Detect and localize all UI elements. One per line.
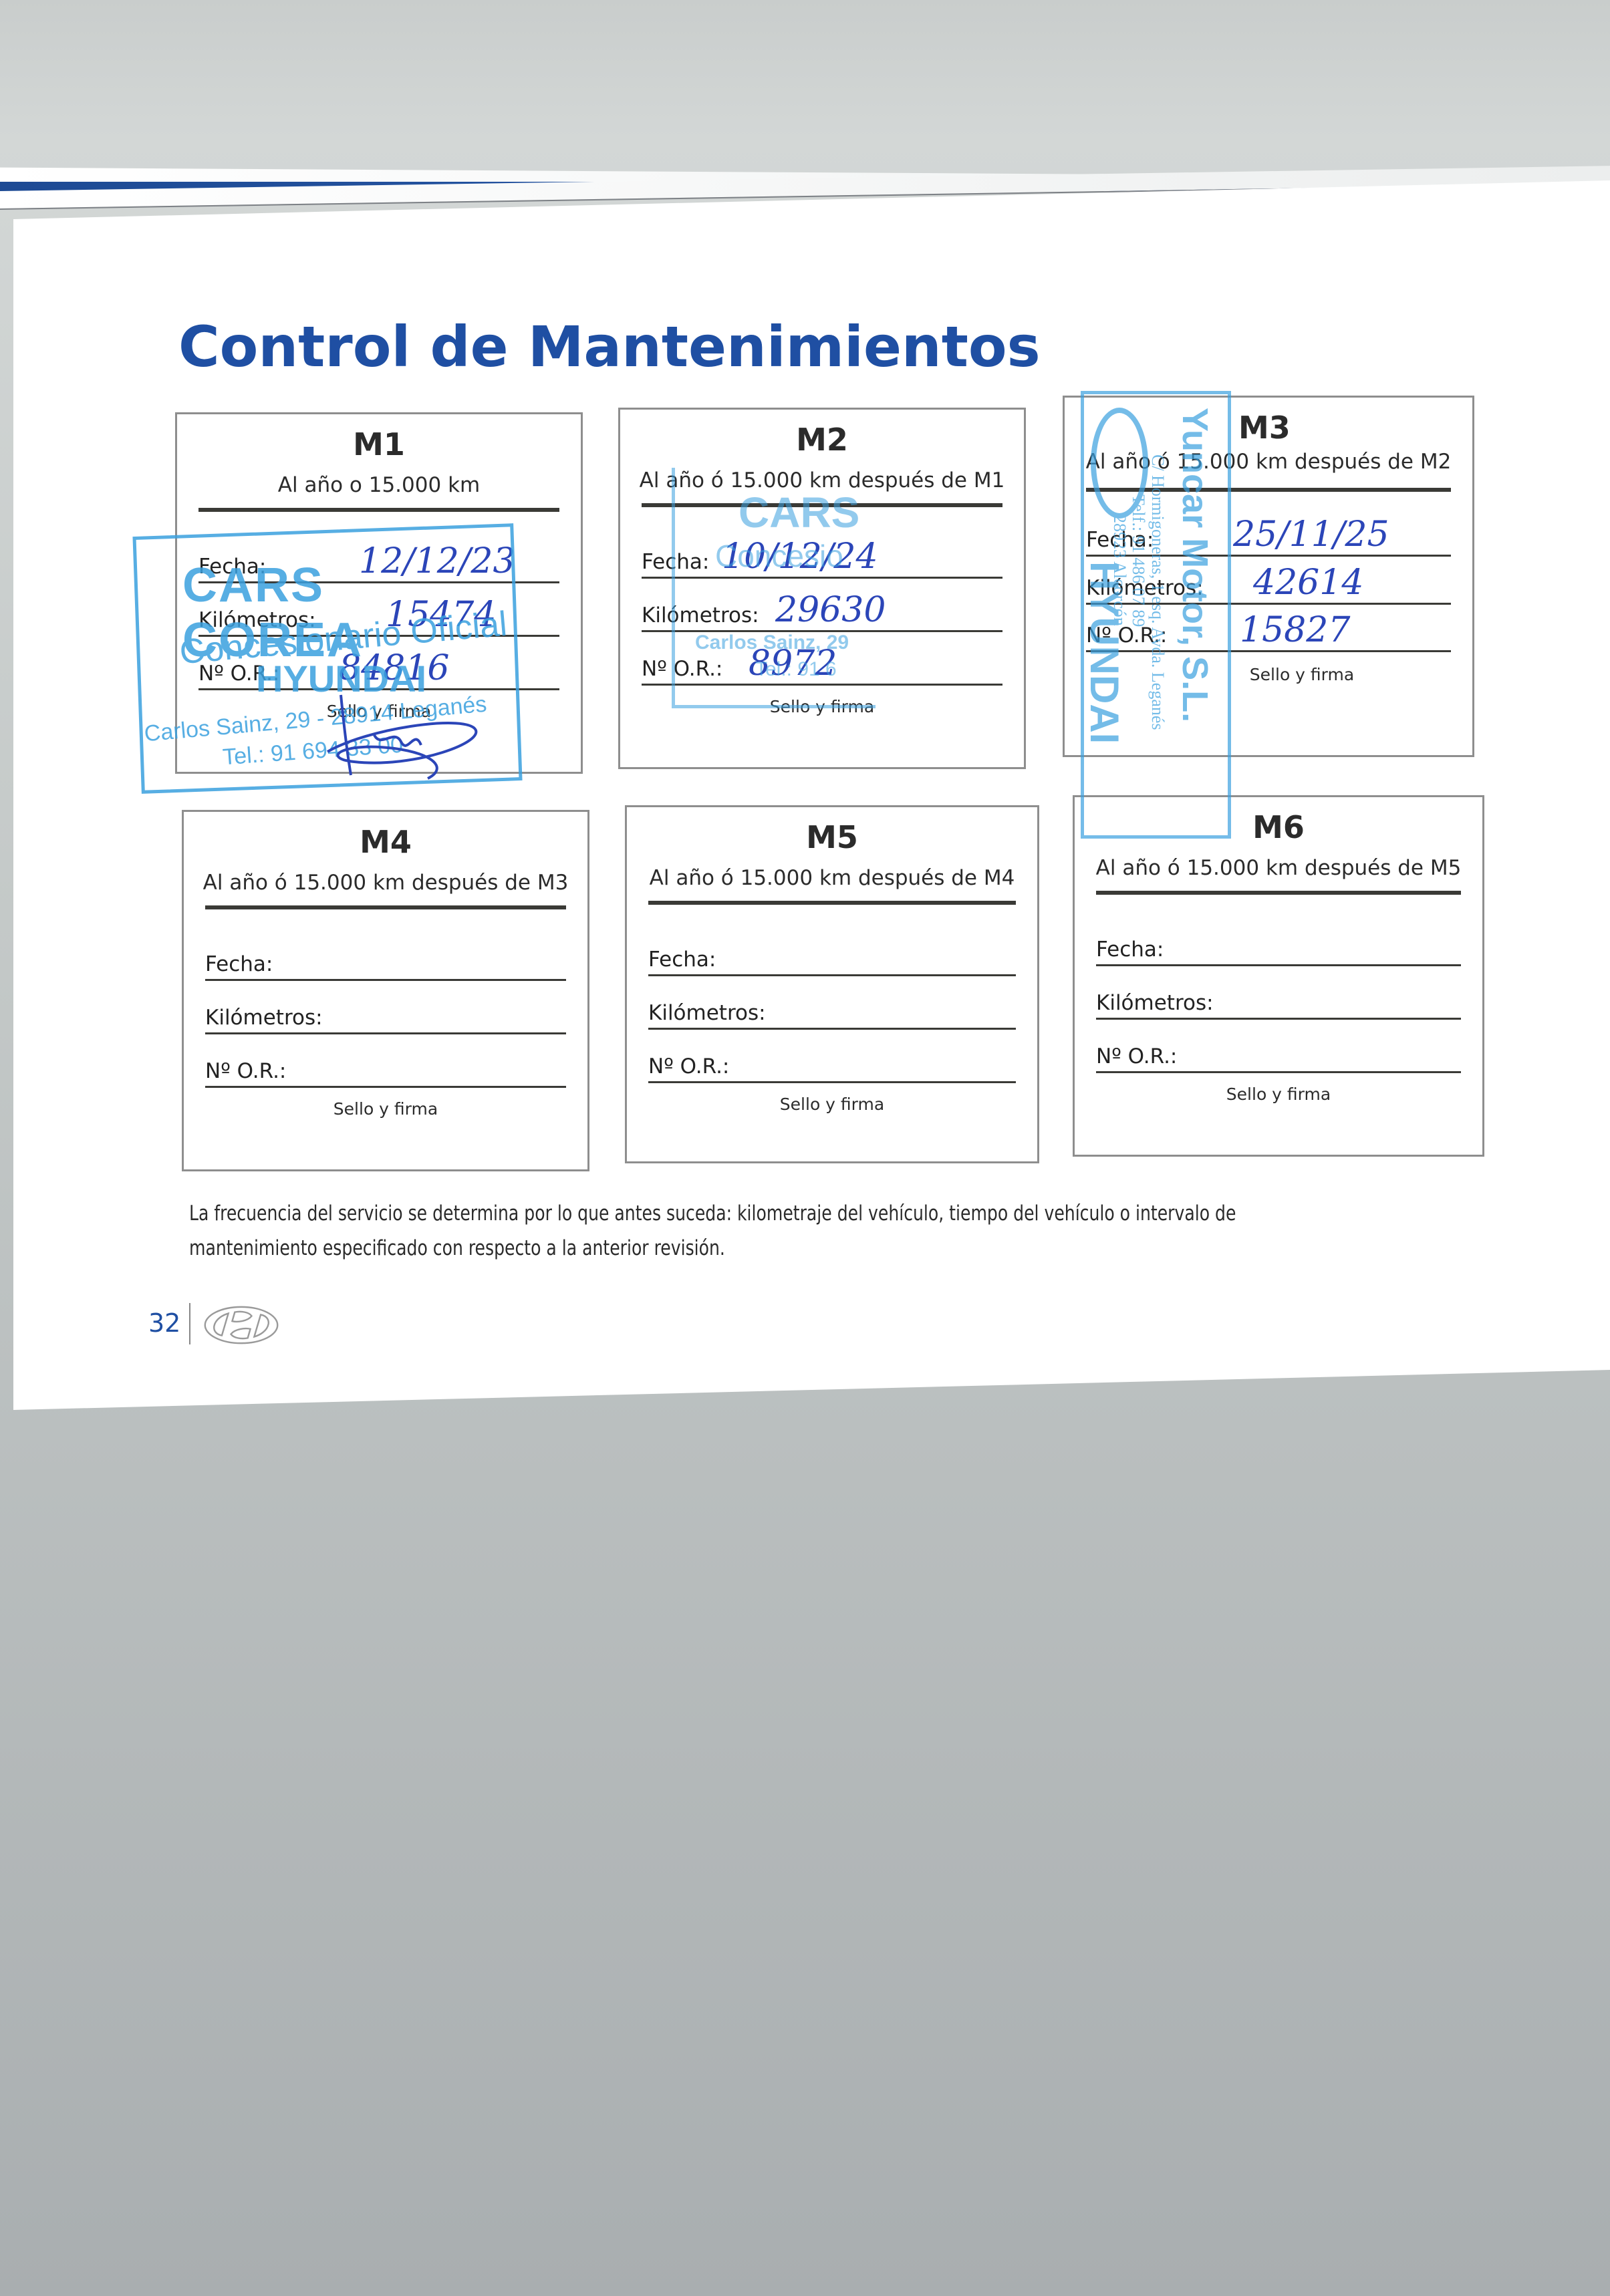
sello-label: Sello y firma: [184, 1099, 587, 1119]
divider: [1086, 488, 1451, 492]
kilometros-field[interactable]: Kilómetros:: [1096, 978, 1461, 1020]
kilometros-label: Kilómetros:: [198, 608, 316, 632]
or-value: 15827: [1240, 610, 1350, 650]
card-label: M3: [1238, 410, 1472, 446]
kilometros-label: Kilómetros:: [1096, 991, 1214, 1015]
card-interval: Al año ó 15.000 km después de M2: [1065, 450, 1472, 474]
kilometros-field[interactable]: Kilómetros:29630: [642, 590, 1002, 632]
page-number: 32: [148, 1308, 180, 1338]
page-title: Control de Mantenimientos: [178, 314, 1041, 380]
fecha-field[interactable]: Fecha:: [1096, 924, 1461, 966]
kilometros-value: 15474: [386, 595, 496, 635]
or-field[interactable]: Nº O.R.:8972: [642, 643, 1002, 686]
kilometros-field[interactable]: Kilómetros:: [648, 988, 1016, 1030]
or-label: Nº O.R.:: [198, 662, 279, 686]
or-label: Nº O.R.:: [642, 657, 722, 681]
kilometros-field[interactable]: Kilómetros:42614: [1086, 563, 1451, 605]
or-value: 8972: [749, 643, 837, 684]
kilometros-label: Kilómetros:: [648, 1001, 766, 1025]
hyundai-logo-icon: [202, 1304, 281, 1346]
fecha-label: Fecha:: [648, 948, 716, 972]
fecha-label: Fecha:: [642, 550, 709, 574]
fecha-value: 25/11/25: [1233, 515, 1389, 555]
divider: [205, 905, 566, 909]
fecha-field[interactable]: Fecha:25/11/25: [1086, 515, 1451, 557]
divider: [1096, 891, 1461, 895]
fecha-label: Fecha:: [1086, 528, 1154, 552]
card-interval: Al año ó 15.000 km después de M1: [620, 468, 1024, 492]
maintenance-card-m4: M4 Al año ó 15.000 km después de M3 Fech…: [182, 810, 589, 1171]
fecha-field[interactable]: Fecha:: [648, 934, 1016, 976]
fecha-field[interactable]: Fecha:: [205, 939, 566, 981]
divider: [642, 503, 1002, 507]
kilometros-label: Kilómetros:: [642, 603, 759, 627]
sello-label: Sello y firma: [177, 702, 581, 721]
or-field[interactable]: Nº O.R.:: [205, 1046, 566, 1088]
fecha-value: 12/12/23: [359, 541, 515, 581]
kilometros-value: 42614: [1253, 563, 1363, 603]
or-field[interactable]: Nº O.R.:: [648, 1041, 1016, 1083]
maintenance-card-m2: M2 Al año ó 15.000 km después de M1 Fech…: [618, 408, 1026, 769]
fecha-label: Fecha:: [198, 555, 266, 579]
or-label: Nº O.R.:: [1086, 623, 1167, 648]
divider: [198, 508, 559, 512]
maintenance-card-m6: M6 Al año ó 15.000 km después de M5 Fech…: [1073, 795, 1484, 1157]
card-label: M6: [1075, 809, 1482, 845]
or-label: Nº O.R.:: [1096, 1044, 1177, 1068]
sello-label: Sello y firma: [1131, 665, 1472, 684]
sello-label: Sello y firma: [627, 1095, 1037, 1114]
divider: [648, 901, 1016, 905]
footer-divider: [189, 1303, 190, 1344]
fecha-field[interactable]: Fecha:10/12/24: [642, 537, 1002, 579]
or-field[interactable]: Nº O.R.:84816: [198, 648, 559, 690]
card-interval: Al año ó 15.000 km después de M4: [627, 866, 1037, 890]
fecha-label: Fecha:: [1096, 938, 1164, 962]
sello-label: Sello y firma: [620, 697, 1024, 716]
kilometros-label: Kilómetros:: [205, 1006, 323, 1030]
sello-label: Sello y firma: [1075, 1085, 1482, 1104]
service-frequency-note: La frecuencia del servicio se determina …: [189, 1196, 1284, 1266]
maintenance-card-m1: M1 Al año o 15.000 km Fecha:12/12/23 Kil…: [175, 412, 583, 774]
card-label: M5: [627, 819, 1037, 855]
card-label: M2: [620, 422, 1024, 458]
kilometros-label: Kilómetros:: [1086, 576, 1204, 600]
maintenance-card-m5: M5 Al año ó 15.000 km después de M4 Fech…: [625, 805, 1039, 1163]
kilometros-field[interactable]: Kilómetros:15474: [198, 595, 559, 637]
kilometros-field[interactable]: Kilómetros:: [205, 992, 566, 1034]
or-field[interactable]: Nº O.R.:15827: [1086, 610, 1451, 652]
card-interval: Al año o 15.000 km: [177, 473, 581, 497]
card-interval: Al año ó 15.000 km después de M5: [1075, 856, 1482, 880]
card-label: M1: [177, 426, 581, 462]
maintenance-card-m3: M3 Al año ó 15.000 km después de M2 Fech…: [1063, 396, 1474, 757]
fecha-field[interactable]: Fecha:12/12/23: [198, 541, 559, 583]
fecha-value: 10/12/24: [722, 537, 878, 577]
kilometros-value: 29630: [775, 590, 886, 630]
card-label: M4: [184, 824, 587, 860]
or-field[interactable]: Nº O.R.:: [1096, 1031, 1461, 1073]
or-label: Nº O.R.:: [205, 1059, 286, 1083]
or-label: Nº O.R.:: [648, 1054, 729, 1079]
card-interval: Al año ó 15.000 km después de M3: [184, 871, 587, 895]
fecha-label: Fecha:: [205, 952, 273, 976]
or-value: 84816: [339, 648, 449, 688]
